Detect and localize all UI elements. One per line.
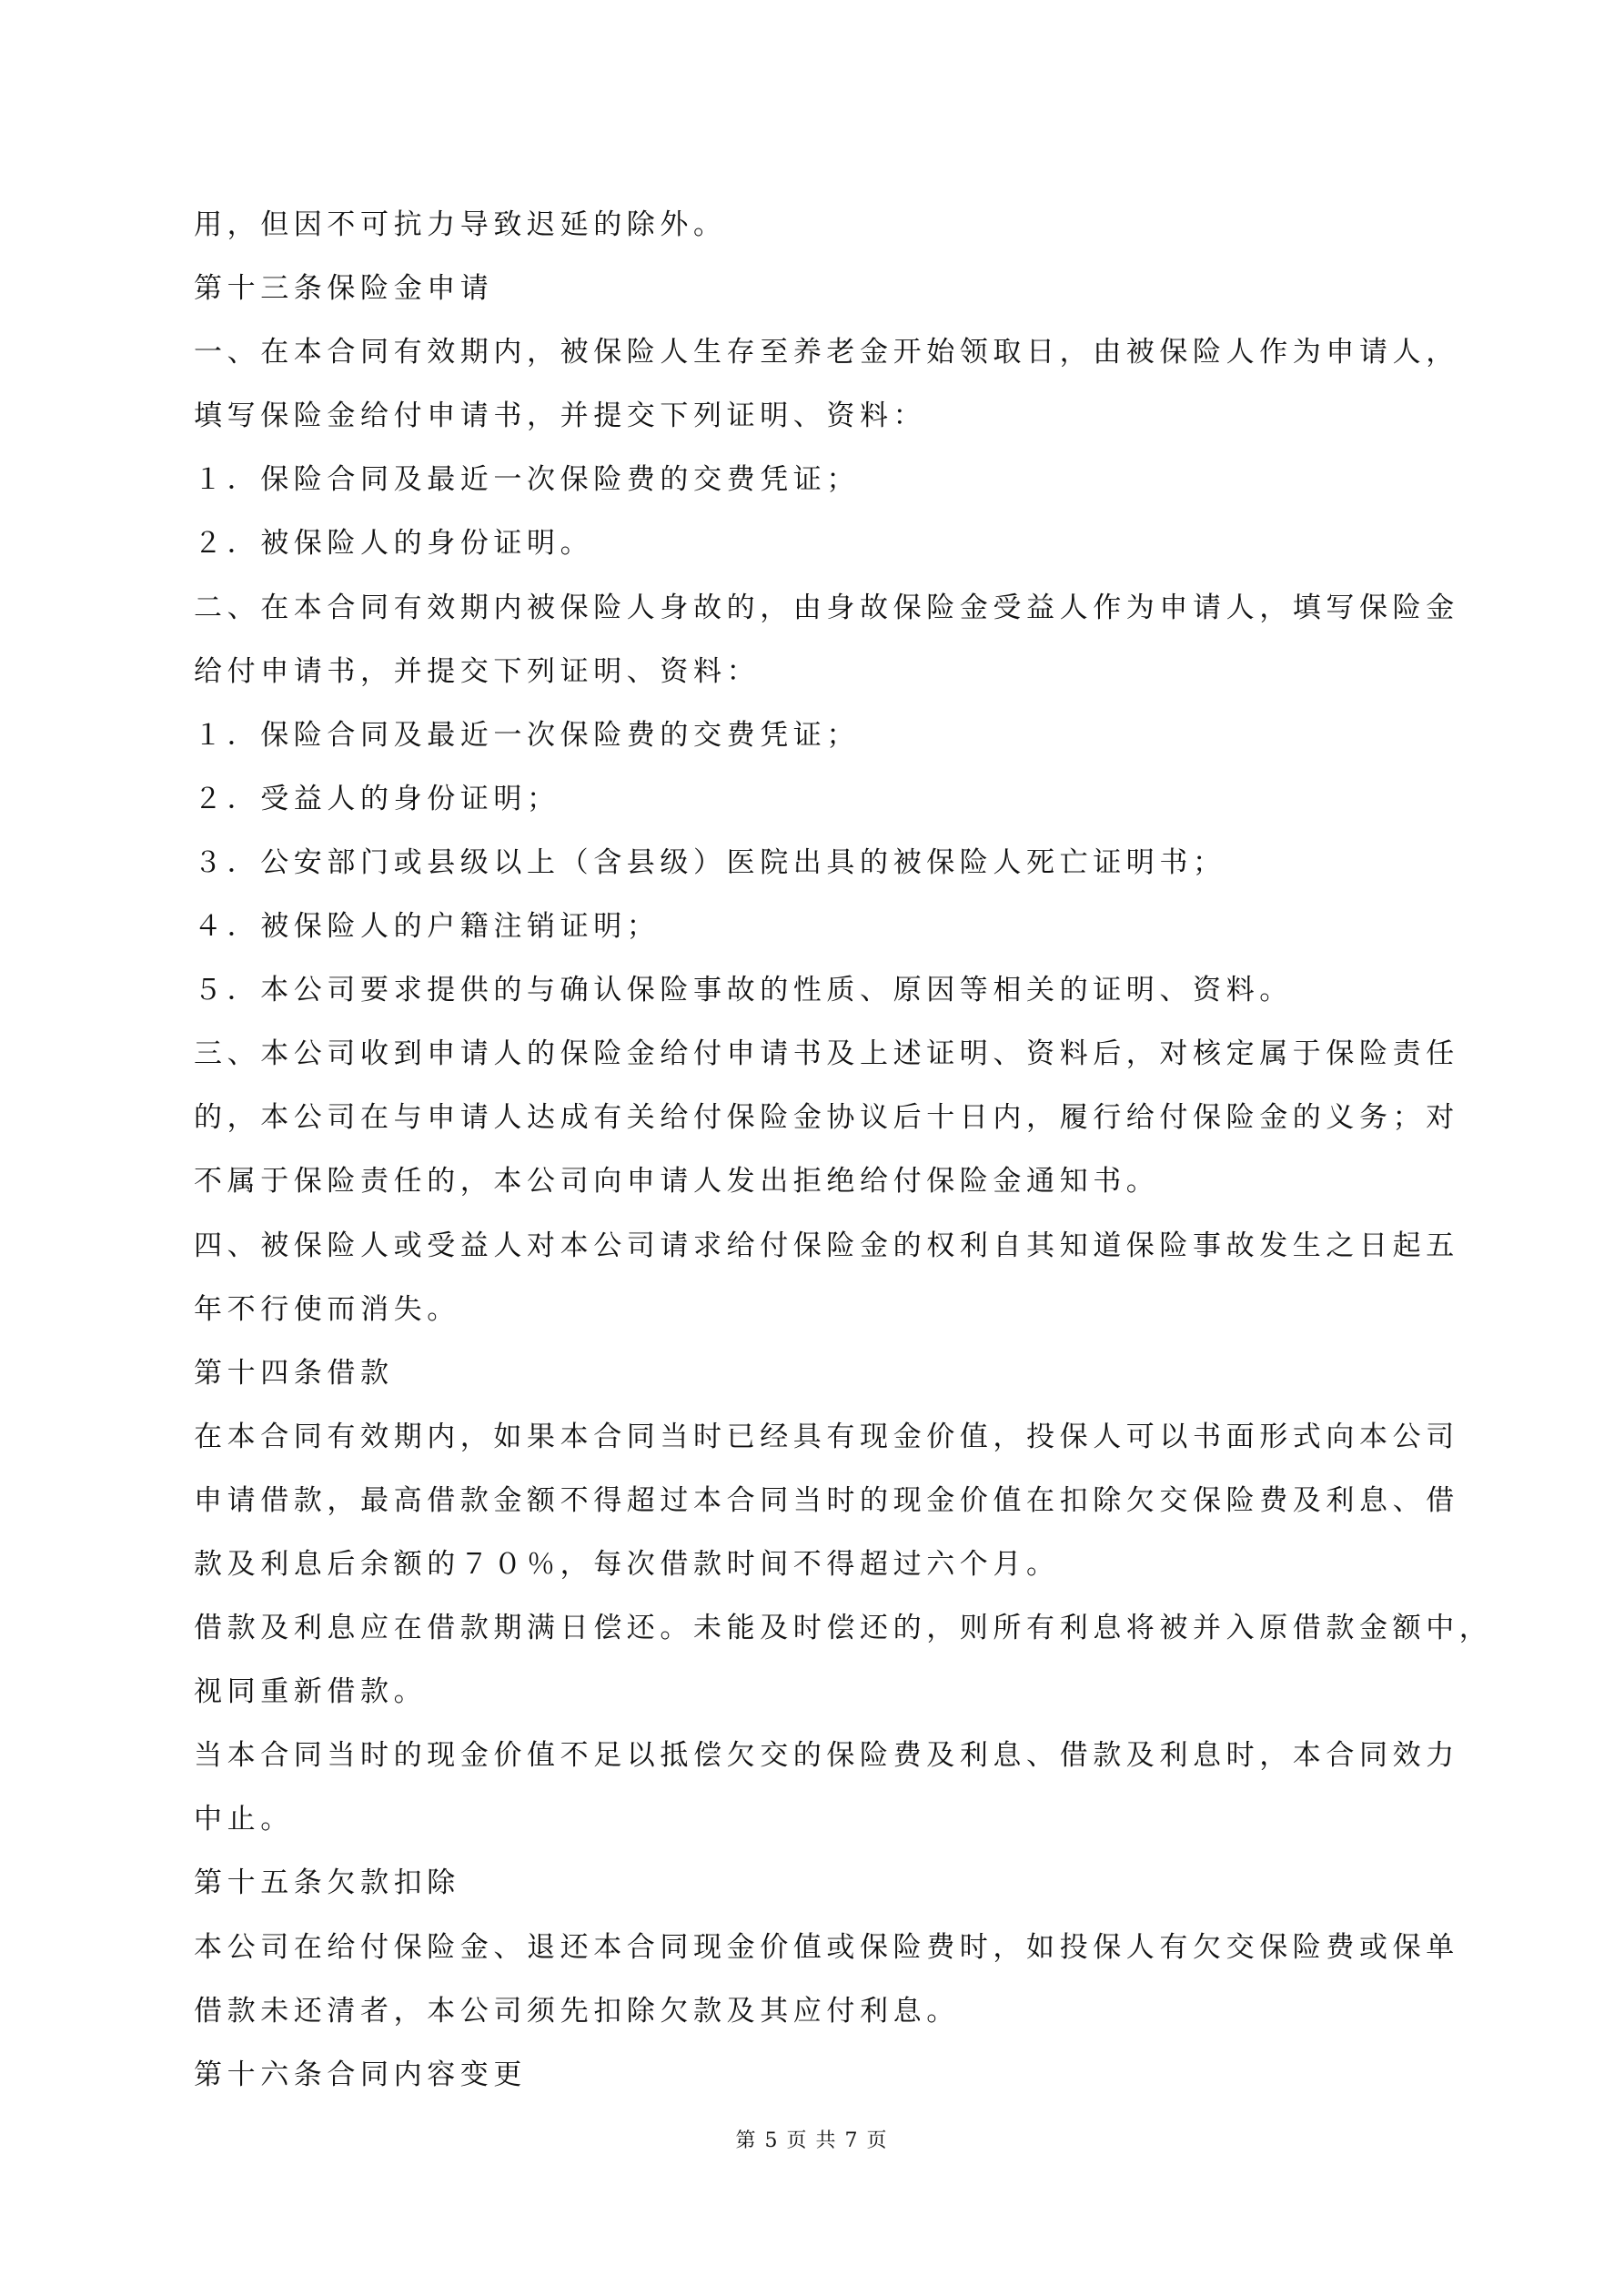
text-line: 申请借款，最高借款金额不得超过本合同当时的现金价值在扣除欠交保险费及利息、借 (194, 1480, 1440, 1543)
text-line: 四、被保险人或受益人对本公司请求给付保险金的权利自其知道保险事故发生之日起五 (194, 1225, 1440, 1289)
list-item: １．保险合同及最近一次保险费的交费凭证； (194, 459, 1440, 522)
document-body: 用，但因不可抗力导致迟延的除外。 第十三条保险金申请 一、在本合同有效期内，被保… (194, 204, 1440, 2118)
text-line: 给付申请书，并提交下列证明、资料： (194, 651, 1440, 714)
text-line: 款及利息后余额的７０％，每次借款时间不得超过六个月。 (194, 1543, 1440, 1607)
list-item: ２．被保险人的身份证明。 (194, 522, 1440, 586)
section-heading-15: 第十五条欠款扣除 (194, 1862, 1440, 1926)
footer-prefix: 第 (735, 2129, 757, 2152)
list-item: ４．被保险人的户籍注销证明； (194, 905, 1440, 969)
text-line: 不属于保险责任的，本公司向申请人发出拒绝给付保险金通知书。 (194, 1160, 1440, 1224)
text-line: 一、在本合同有效期内，被保险人生存至养老金开始领取日，由被保险人作为申请人， (194, 331, 1440, 395)
text-line: 年不行使而消失。 (194, 1289, 1440, 1352)
text-line: 中止。 (194, 1798, 1440, 1862)
list-item: １．保险合同及最近一次保险费的交费凭证； (194, 714, 1440, 778)
text-line: 填写保险金给付申请书，并提交下列证明、资料： (194, 395, 1440, 459)
list-item: ３．公安部门或县级以上（含县级）医院出具的被保险人死亡证明书； (194, 842, 1440, 905)
text-line: 借款未还清者，本公司须先扣除欠款及其应付利息。 (194, 1990, 1440, 2054)
text-line: 用，但因不可抗力导致迟延的除外。 (194, 204, 1440, 268)
footer-total-label: 共 (816, 2129, 838, 2152)
text-line: 借款及利息应在借款期满日偿还。未能及时偿还的，则所有利息将被并入原借款金额中， (194, 1607, 1440, 1671)
footer-total-unit: 页 (867, 2129, 889, 2152)
section-heading-13: 第十三条保险金申请 (194, 268, 1440, 331)
text-line: 三、本公司收到申请人的保险金给付申请书及上述证明、资料后，对核定属于保险责任 (194, 1033, 1440, 1097)
section-heading-14: 第十四条借款 (194, 1352, 1440, 1416)
text-line: 当本合同当时的现金价值不足以抵偿欠交的保险费及利息、借款及利息时，本合同效力 (194, 1735, 1440, 1798)
current-page-number: 5 (764, 2129, 779, 2152)
text-line: 的，本公司在与申请人达成有关给付保险金协议后十日内，履行给付保险金的义务；对 (194, 1097, 1440, 1160)
text-line: 本公司在给付保险金、退还本合同现金价值或保险费时，如投保人有欠交保险费或保单 (194, 1927, 1440, 1990)
document-page: 用，但因不可抗力导致迟延的除外。 第十三条保险金申请 一、在本合同有效期内，被保… (0, 0, 1624, 2296)
text-line: 在本合同有效期内，如果本合同当时已经具有现金价值，投保人可以书面形式向本公司 (194, 1416, 1440, 1480)
total-pages-number: 7 (845, 2129, 860, 2152)
list-item: ２．受益人的身份证明； (194, 778, 1440, 842)
footer-page-unit: 页 (786, 2129, 808, 2152)
page-footer: 第5页共7页 (0, 2128, 1624, 2155)
text-line: 视同重新借款。 (194, 1671, 1440, 1735)
list-item: ５．本公司要求提供的与确认保险事故的性质、原因等相关的证明、资料。 (194, 969, 1440, 1033)
section-heading-16: 第十六条合同内容变更 (194, 2054, 1440, 2118)
text-line: 二、在本合同有效期内被保险人身故的，由身故保险金受益人作为申请人，填写保险金 (194, 587, 1440, 651)
